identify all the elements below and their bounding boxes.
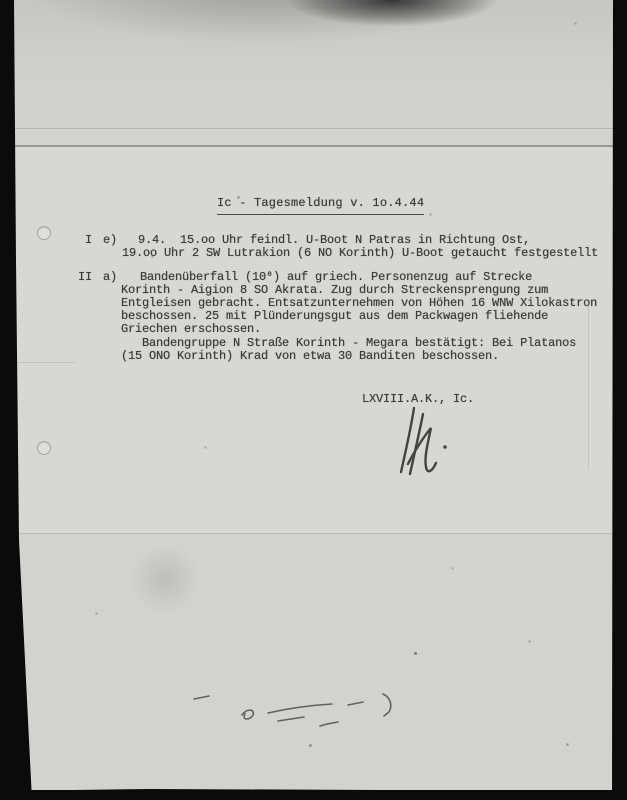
handwritten-signature <box>388 404 458 486</box>
report-line: Griechen erschossen. <box>121 323 261 336</box>
pencil-scratch-marks <box>180 685 430 755</box>
scanned-document-page: Ic - Tagesmeldung v. 1o.4.44 I e) 9.4. 1… <box>0 0 627 800</box>
section-numeral: I <box>85 234 92 247</box>
punch-hole <box>37 441 51 455</box>
punch-hole <box>37 226 51 240</box>
paper-sheet <box>12 0 613 790</box>
paper-crease <box>13 362 75 363</box>
overlapping-sheet-top <box>12 0 613 145</box>
section-letter: e) <box>103 234 117 247</box>
paper-scratch <box>588 305 589 470</box>
section-numeral: II <box>78 271 92 284</box>
section-letter: a) <box>103 271 117 284</box>
report-line: 19.oo Uhr 2 SW Lutrakion (6 NO Korinth) … <box>122 247 598 260</box>
report-title: Ic - Tagesmeldung v. 1o.4.44 <box>217 197 424 215</box>
report-line: (15 ONO Korinth) Krad von etwa 30 Bandit… <box>121 350 499 363</box>
page-edge-line <box>12 128 613 129</box>
